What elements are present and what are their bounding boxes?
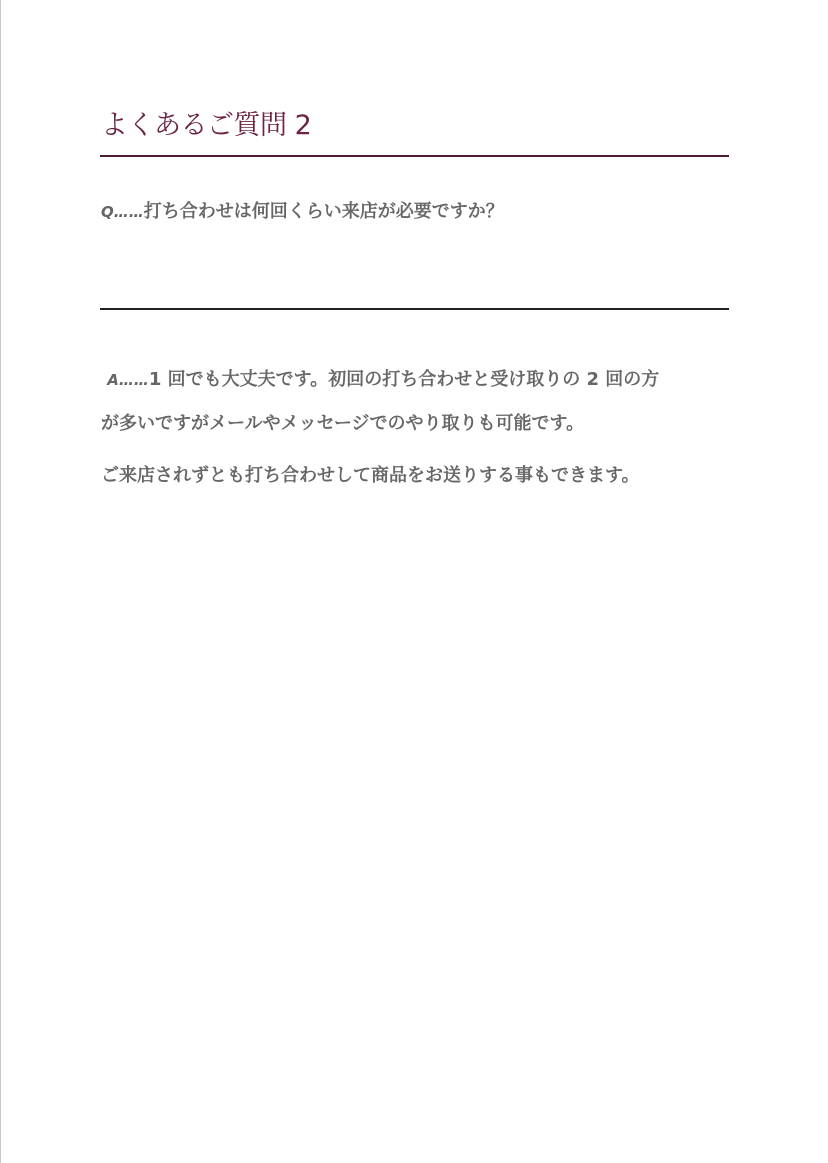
page-edge: [0, 0, 1, 1163]
question-text: 打ち合わせは何回くらい来店が必要ですか？: [144, 201, 504, 222]
question-prefix: Q……: [101, 203, 144, 221]
page-title: よくあるご質問 2: [101, 106, 311, 146]
answer-prefix: A……: [107, 371, 149, 389]
answer-line-1: A……1 回でも大丈夫です。初回の打ち合わせと受け取りの 2 回の方: [101, 358, 741, 402]
title-divider: [100, 155, 729, 157]
answer-line-3: ご来店されずとも打ち合わせして商品をお送りする事もできます。: [101, 454, 741, 498]
question-divider: [100, 308, 729, 310]
answer-line-2: が多いですがメールやメッセージでのやり取りも可能です。: [101, 402, 741, 446]
question: Q……打ち合わせは何回くらい来店が必要ですか？: [101, 198, 504, 226]
answer: A……1 回でも大丈夫です。初回の打ち合わせと受け取りの 2 回の方 が多いです…: [101, 358, 741, 498]
